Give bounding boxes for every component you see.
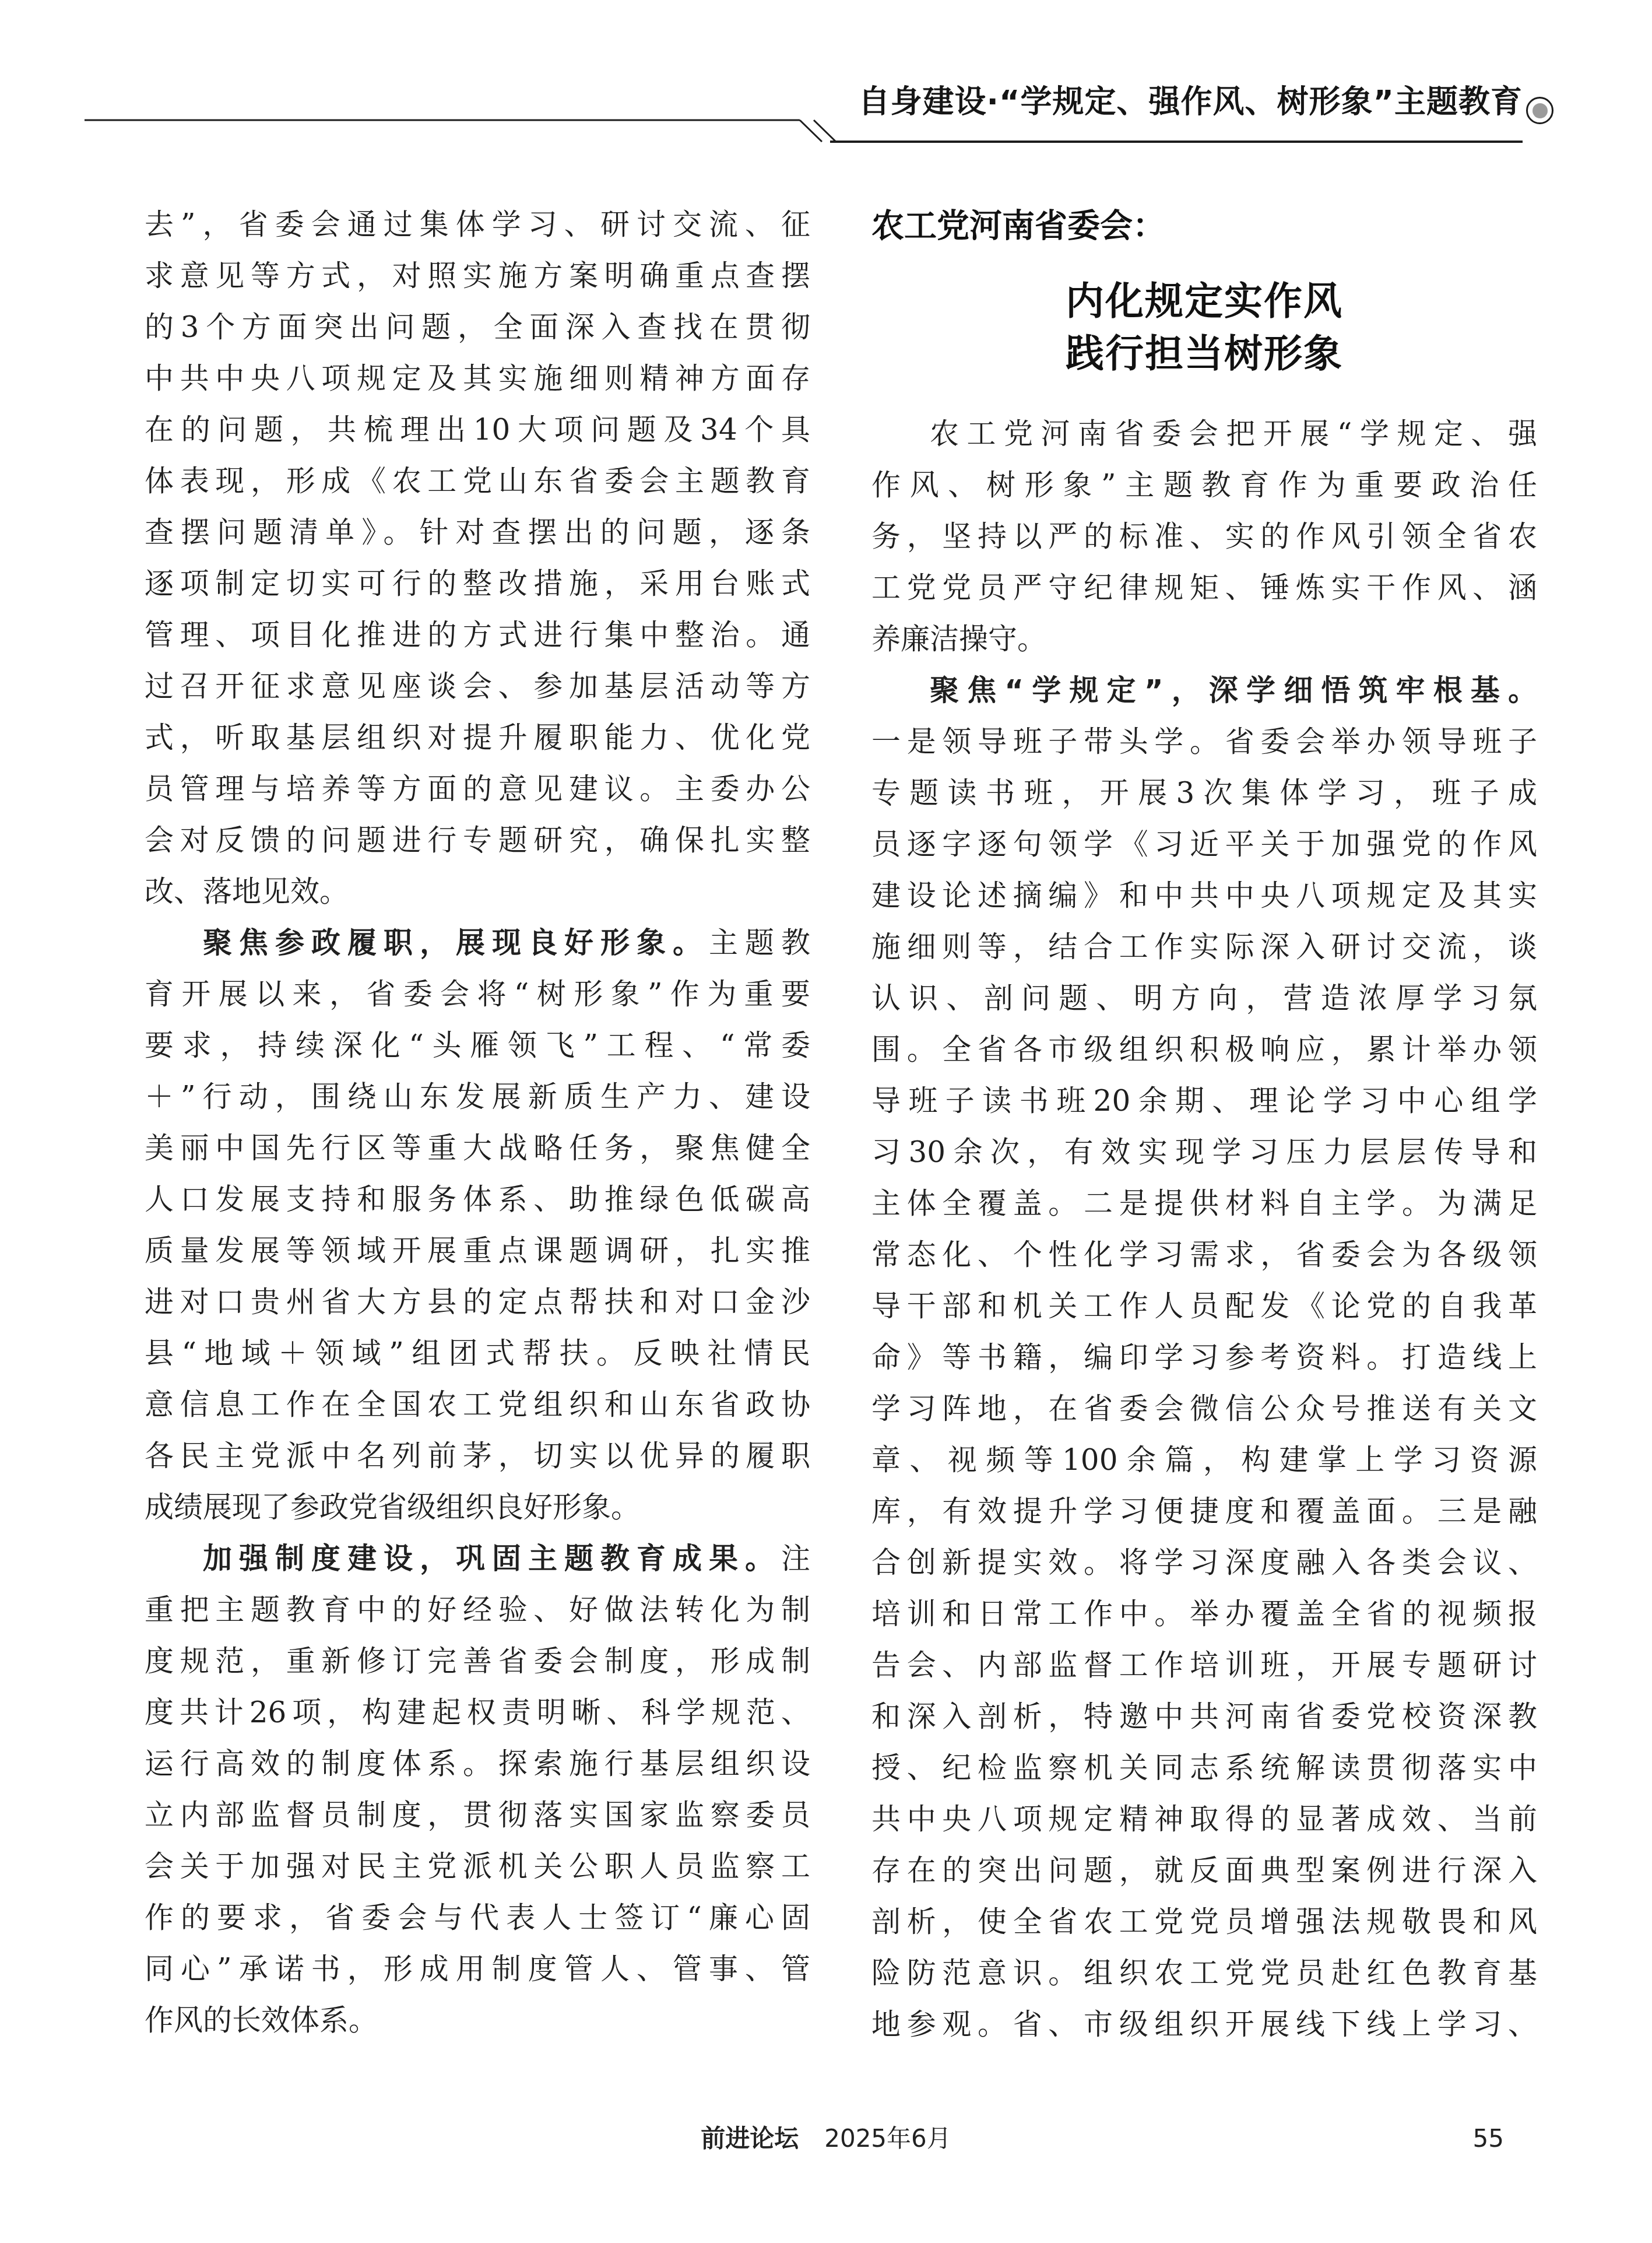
text-line: 改、落地见效。: [145, 866, 810, 917]
text-line: 度规范，重新修订完善省委会制度，形成制: [145, 1635, 810, 1687]
text-line: 合创新提实效。将学习深度融入各类会议、: [871, 1537, 1537, 1588]
text-line: 美丽中国先行区等重大战略任务，聚焦健全: [145, 1122, 810, 1174]
text-line: 聚焦“学规定”，深学细悟筑牢根基。: [871, 665, 1537, 716]
text-line: 进对口贵州省大方县的定点帮扶和对口金沙: [145, 1276, 810, 1328]
text-line: 养廉洁操守。: [871, 613, 1537, 665]
bold-lead-text: 聚焦参政履职，展现良好形象。: [203, 926, 709, 960]
text-line: 式，听取基层组织对提升履职能力、优化党: [145, 712, 810, 763]
text-line: 险防范意识。组织农工党党员赴红色教育基: [871, 1947, 1537, 1999]
text-line: 员管理与培养等方面的意见建议。主委办公: [145, 763, 810, 815]
article-title-line1: 内化规定实作风: [871, 275, 1537, 328]
text-line: 质量发展等领域开展重点课题调研，扎实推: [145, 1225, 810, 1276]
text-line: 成绩展现了参政党省级组织良好形象。: [145, 1482, 810, 1533]
bold-lead-text: 加强制度建设，巩固主题教育成果。: [203, 1542, 781, 1575]
article-title-line2: 践行担当树形象: [871, 328, 1537, 380]
text-line: 立内部监督员制度，贯彻落实国家监察委员: [145, 1789, 810, 1841]
footer-journal-name: 前进论坛: [701, 2124, 799, 2153]
section-header-title: 自身建设·“学规定、强作风、树形象”主题教育: [800, 82, 1523, 122]
text-line: 要求，持续深化“头雁领飞”工程、“常委: [145, 1020, 810, 1071]
text-line: 剖析，使全省农工党党员增强法规敬畏和风: [871, 1896, 1537, 1947]
text-line: 聚焦参政履职，展现良好形象。主题教: [145, 917, 810, 968]
text-line: 逐项制定切实可行的整改措施，采用台账式: [145, 558, 810, 609]
text-line: 意信息工作在全国农工党组织和山东省政协: [145, 1379, 810, 1430]
article-kicker: 农工党河南省委会：: [871, 205, 1537, 247]
text-line: ＋”行动，围绕山东发展新质生产力、建设: [145, 1071, 810, 1122]
text-line: 作风的长效体系。: [145, 1995, 810, 2046]
text-line: 命》等书籍，编印学习参考资料。打造线上: [871, 1332, 1537, 1383]
text-line: 和深入剖析，特邀中共河南省委党校资深教: [871, 1691, 1537, 1742]
text-line: 学习阵地，在省委会微信公众号推送有关文: [871, 1383, 1537, 1434]
text-line: 建设论述摘编》和中共中央八项规定及其实: [871, 870, 1537, 921]
footer: 前进论坛2025年6月: [0, 2121, 1652, 2156]
text-line: 体表现，形成《农工党山东省委会主题教育: [145, 455, 810, 507]
text-line: 加强制度建设，巩固主题教育成果。注: [145, 1533, 810, 1584]
right-column: 农工党河南省委会把开展“学规定、强作风、树形象”主题教育作为重要政治任务，坚持以…: [871, 408, 1537, 2050]
text-line: 共中央八项规定精神取得的显著成效、当前: [871, 1793, 1537, 1845]
text-line: 常态化、个性化学习需求，省委会为各级领: [871, 1229, 1537, 1280]
text-line: 县“地域＋领域”组团式帮扶。反映社情民: [145, 1328, 810, 1379]
text-line: 员逐字逐句领学《习近平关于加强党的作风: [871, 819, 1537, 870]
text-line: 培训和日常工作中。举办覆盖全省的视频报: [871, 1588, 1537, 1640]
text-line: 导干部和机关工作人员配发《论党的自我革: [871, 1280, 1537, 1332]
text-line: 过召开征求意见座谈会、参加基层活动等方: [145, 661, 810, 712]
text-line: 会关于加强对民主党派机关公职人员监察工: [145, 1841, 810, 1892]
text-line: 务，坚持以严的标准、实的作风引领全省农: [871, 511, 1537, 562]
text-line: 中共中央八项规定及其实施细则精神方面存: [145, 353, 810, 404]
text-line: 管理、项目化推进的方式进行集中整治。通: [145, 609, 810, 661]
text-line: 运行高效的制度体系。探索施行基层组织设: [145, 1738, 810, 1789]
bullseye-icon: [1526, 97, 1553, 124]
text-line: 告会、内部监督工作培训班，开展专题研讨: [871, 1640, 1537, 1691]
text-line: 围。全省各市级组织积极响应，累计举办领: [871, 1024, 1537, 1075]
article-title: 内化规定实作风 践行担当树形象: [871, 275, 1537, 380]
text-line: 农工党河南省委会把开展“学规定、强: [871, 408, 1537, 459]
text-line: 施细则等，结合工作实际深入研讨交流，谈: [871, 921, 1537, 973]
text-line: 去”，省委会通过集体学习、研讨交流、征: [145, 199, 810, 250]
text-line: 导班子读书班20余期、理论学习中心组学: [871, 1075, 1537, 1126]
text-line: 度共计26项，构建起权责明晰、科学规范、: [145, 1687, 810, 1738]
text-line: 习30余次，有效实现学习压力层层传导和: [871, 1126, 1537, 1178]
text-line: 存在的突出问题，就反面典型案例进行深入: [871, 1845, 1537, 1896]
text-line: 章、视频等100余篇，构建掌上学习资源: [871, 1434, 1537, 1486]
text-line: 各民主党派中名列前茅，切实以优异的履职: [145, 1430, 810, 1482]
footer-issue-date: 2025年6月: [824, 2124, 951, 2153]
bold-lead-text: 聚焦“学规定”，深学细悟筑牢根基。: [930, 673, 1537, 707]
text-line: 人口发展支持和服务体系、助推绿色低碳高: [145, 1174, 810, 1225]
page-number: 55: [1434, 2121, 1504, 2156]
text-line: 专题读书班，开展3次集体学习，班子成: [871, 767, 1537, 819]
text-line: 认识、剖问题、明方向，营造浓厚学习氛: [871, 973, 1537, 1024]
text-line: 育开展以来，省委会将“树形象”作为重要: [145, 968, 810, 1020]
text-line: 库，有效提升学习便捷度和覆盖面。三是融: [871, 1486, 1537, 1537]
text-line: 重把主题教育中的好经验、好做法转化为制: [145, 1584, 810, 1635]
text-line: 查摆问题清单》。针对查摆出的问题，逐条: [145, 507, 810, 558]
text-line: 求意见等方式，对照实施方案明确重点查摆: [145, 250, 810, 301]
text-line: 的3个方面突出问题，全面深入查找在贯彻: [145, 301, 810, 353]
bullseye-dot: [1533, 103, 1548, 118]
text-line: 作风、树形象”主题教育作为重要政治任: [871, 459, 1537, 511]
text-line: 同心”承诺书，形成用制度管人、管事、管: [145, 1943, 810, 1995]
text-line: 地参观。省、市级组织开展线下线上学习、: [871, 1999, 1537, 2050]
text-line: 工党党员严守纪律规矩、锤炼实干作风、涵: [871, 562, 1537, 613]
text-line: 会对反馈的问题进行专题研究，确保扎实整: [145, 815, 810, 866]
left-column: 去”，省委会通过集体学习、研讨交流、征求意见等方式，对照实施方案明确重点查摆的3…: [145, 199, 810, 2046]
text-line: 作的要求，省委会与代表人士签订“廉心固: [145, 1892, 810, 1943]
text-line: 在的问题，共梳理出10大项问题及34个具: [145, 404, 810, 455]
text-line: 一是领导班子带头学。省委会举办领导班子: [871, 716, 1537, 767]
text-line: 主体全覆盖。二是提供材料自主学。为满足: [871, 1178, 1537, 1229]
magazine-page: 自身建设·“学规定、强作风、树形象”主题教育 去”，省委会通过集体学习、研讨交流…: [0, 0, 1652, 2243]
text-line: 授、纪检监察机关同志系统解读贯彻落实中: [871, 1742, 1537, 1793]
